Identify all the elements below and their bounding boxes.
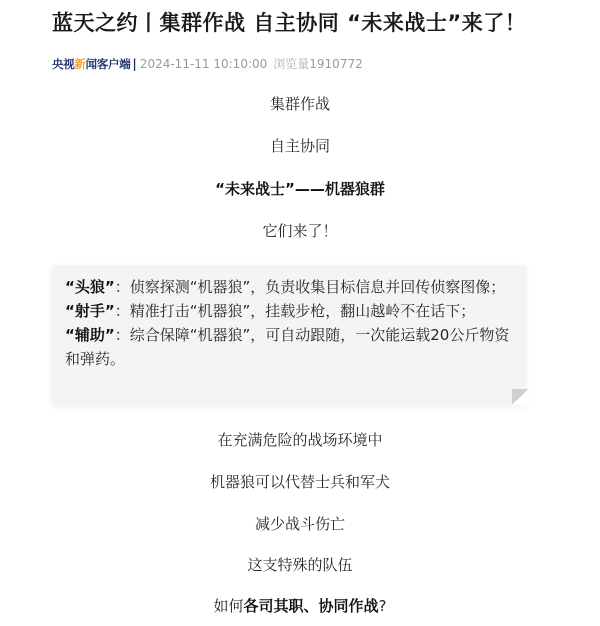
- intro-line: 集群作战: [0, 94, 600, 114]
- intro-line-bold: “未来战士”——机器狼群: [0, 179, 600, 199]
- views-count: 1910772: [309, 56, 362, 72]
- role-head-wolf: “头狼”: [65, 278, 115, 296]
- quote-box: “头狼”：侦察探测“机器狼”，负责收集目标信息并回传侦察图像； “射手”：精准打…: [52, 265, 526, 405]
- publish-timestamp: 2024-11-11 10:10:00: [140, 56, 267, 72]
- body-line: 减少战斗伤亡: [0, 514, 600, 534]
- role-shooter-desc: ：精准打击“机器狼”，挂载步枪，翻山越岭不在话下；: [115, 302, 476, 320]
- intro-line: 它们来了！: [0, 221, 600, 241]
- role-support-desc: ：综合保障“机器狼”，可自动跟随，一次能运载20公斤物资和弹药。: [65, 326, 509, 368]
- meta-separator: |: [132, 56, 136, 72]
- role-head-wolf-desc: ：侦察探测“机器狼”，负责收集目标信息并回传侦察图像；: [115, 278, 506, 296]
- closing-line: 如何各司其职、协同作战?: [0, 596, 600, 616]
- closing-prefix: 如何: [214, 597, 244, 615]
- role-shooter: “射手”: [65, 302, 115, 320]
- intro-line: 自主协同: [0, 136, 600, 156]
- quote-paragraph: “头狼”：侦察探测“机器狼”，负责收集目标信息并回传侦察图像； “射手”：精准打…: [65, 275, 516, 371]
- article-title: 蓝天之约丨集群作战 自主协同 “未来战士”来了！: [52, 8, 526, 38]
- closing-bold: 各司其职、协同作战: [244, 597, 379, 615]
- closing-suffix: ?: [379, 597, 387, 615]
- source-logo-part2: 闻客户端: [86, 57, 131, 71]
- source-logo-part1: 央视: [52, 57, 74, 71]
- source-logo[interactable]: 央视新闻客户端: [52, 56, 130, 72]
- source-logo-highlight: 新: [74, 57, 85, 71]
- views-label: 浏览量: [273, 56, 309, 72]
- body-line: 这支特殊的队伍: [0, 555, 600, 575]
- body-line: 机器狼可以代替士兵和军犬: [0, 472, 600, 492]
- role-support: “辅助”: [65, 326, 115, 344]
- article-page: 蓝天之约丨集群作战 自主协同 “未来战士”来了！ 央视新闻客户端 | 2024-…: [0, 0, 600, 626]
- article-meta: 央视新闻客户端 | 2024-11-11 10:10:00 浏览量 191077…: [52, 56, 363, 72]
- body-line: 在充满危险的战场环境中: [0, 430, 600, 450]
- folded-corner-icon: [512, 389, 528, 405]
